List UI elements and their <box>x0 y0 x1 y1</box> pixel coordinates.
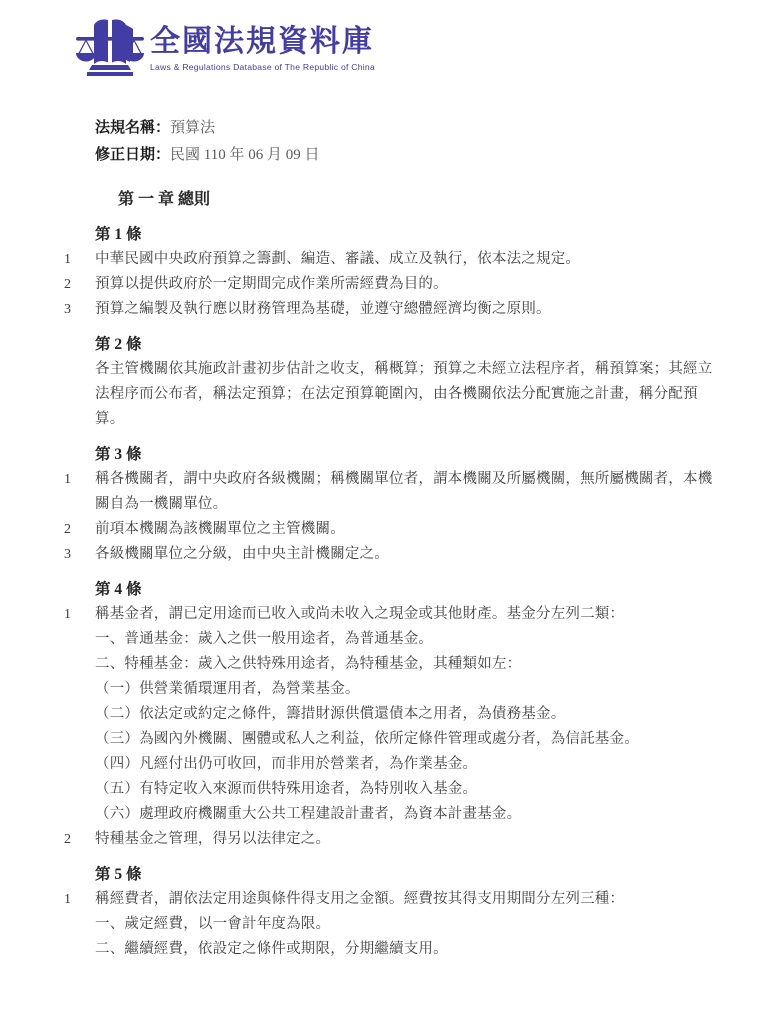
logo-text: 全國法規資料庫 Laws & Regulations Database of T… <box>150 17 375 72</box>
item-number: 3 <box>64 542 71 567</box>
article-item: 2預算以提供政府於一定期間完成作業所需經費為目的。 <box>95 272 715 297</box>
chapter-heading: 第 一 章 總則 <box>95 187 715 212</box>
article-heading: 第 2 條 <box>95 332 715 357</box>
text-line: 中華民國中央政府預算之籌劃、編造、審議、成立及執行，依本法之規定。 <box>95 247 715 272</box>
item-text: 預算以提供政府於一定期間完成作業所需經費為目的。 <box>95 272 715 297</box>
item-text: 特種基金之管理，得另以法律定之。 <box>95 827 715 852</box>
article-item: 3預算之編製及執行應以財務管理為基礎，並遵守總體經濟均衡之原則。 <box>95 297 715 322</box>
item-text: 中華民國中央政府預算之籌劃、編造、審議、成立及執行，依本法之規定。 <box>95 247 715 272</box>
law-name-value: 預算法 <box>170 120 215 136</box>
text-line: 二、繼續經費，依設定之條件或期限，分期繼續支用。 <box>95 937 715 962</box>
item-number: 1 <box>64 467 71 492</box>
logo-subtitle: Laws & Regulations Database of The Repub… <box>150 62 375 72</box>
amend-date-label: 修正日期： <box>95 147 170 163</box>
item-number: 2 <box>64 827 71 852</box>
site-header: 全國法規資料庫 Laws & Regulations Database of T… <box>75 17 375 81</box>
text-line: 法程序而公布者，稱法定預算；在法定預算範圍內，由各機關依法分配實施之計畫，稱分配… <box>95 382 715 407</box>
item-number: 3 <box>64 297 71 322</box>
article-item: 3各級機關單位之分級，由中央主計機關定之。 <box>95 542 715 567</box>
item-number: 1 <box>64 887 71 912</box>
text-line: 各主管機關依其施政計畫初步估計之收支，稱概算；預算之未經立法程序者，稱預算案；其… <box>95 357 715 382</box>
text-line: 預算之編製及執行應以財務管理為基礎，並遵守總體經濟均衡之原則。 <box>95 297 715 322</box>
text-line: 一、歲定經費，以一會計年度為限。 <box>95 912 715 937</box>
law-name-label: 法規名稱： <box>95 120 170 136</box>
text-line: （六）處理政府機關重大公共工程建設計畫者，為資本計畫基金。 <box>95 802 715 827</box>
article-heading: 第 4 條 <box>95 577 715 602</box>
item-text: 前項本機關為該機關單位之主管機關。 <box>95 517 715 542</box>
item-number: 2 <box>64 517 71 542</box>
item-number: 1 <box>64 602 71 627</box>
article-item: 1稱各機關者，謂中央政府各級機關；稱機關單位者，謂本機關及所屬機關，無所屬機關者… <box>95 467 715 517</box>
amend-date-value: 民國 110 年 06 月 09 日 <box>170 147 319 163</box>
text-line: 稱經費者，謂依法定用途與條件得支用之金額。經費按其得支用期間分左列三種： <box>95 887 715 912</box>
scales-book-icon <box>75 17 145 81</box>
item-text: 稱各機關者，謂中央政府各級機關；稱機關單位者，謂本機關及所屬機關，無所屬機關者，… <box>95 467 715 517</box>
item-text: 稱經費者，謂依法定用途與條件得支用之金額。經費按其得支用期間分左列三種：一、歲定… <box>95 887 715 962</box>
law-name-row: 法規名稱：預算法 <box>95 115 715 142</box>
text-line: 關自為一機關單位。 <box>95 492 715 517</box>
item-number: 2 <box>64 272 71 297</box>
article-heading: 第 5 條 <box>95 862 715 887</box>
law-content: 第 1 條1中華民國中央政府預算之籌劃、編造、審議、成立及執行，依本法之規定。2… <box>95 222 715 962</box>
item-text: 各級機關單位之分級，由中央主計機關定之。 <box>95 542 715 567</box>
article-heading: 第 1 條 <box>95 222 715 247</box>
logo: 全國法規資料庫 Laws & Regulations Database of T… <box>75 17 375 81</box>
text-line: 算。 <box>95 407 715 432</box>
text-line: 預算以提供政府於一定期間完成作業所需經費為目的。 <box>95 272 715 297</box>
text-line: （四）凡經付出仍可收回，而非用於營業者，為作業基金。 <box>95 752 715 777</box>
text-line: 前項本機關為該機關單位之主管機關。 <box>95 517 715 542</box>
item-text: 稱基金者，謂已定用途而已收入或尚未收入之現金或其他財產。基金分左列二類：一、普通… <box>95 602 715 827</box>
text-line: 二、特種基金：歲入之供特殊用途者，為特種基金，其種類如左： <box>95 652 715 677</box>
text-line: （一）供營業循環運用者，為營業基金。 <box>95 677 715 702</box>
text-line: （三）為國內外機關、團體或私人之利益，依所定條件管理或處分者，為信託基金。 <box>95 727 715 752</box>
text-line: 一、普通基金：歲入之供一般用途者，為普通基金。 <box>95 627 715 652</box>
article-item: 2前項本機關為該機關單位之主管機關。 <box>95 517 715 542</box>
text-line: 特種基金之管理，得另以法律定之。 <box>95 827 715 852</box>
article-item: 1中華民國中央政府預算之籌劃、編造、審議、成立及執行，依本法之規定。 <box>95 247 715 272</box>
law-document: 法規名稱：預算法 修正日期：民國 110 年 06 月 09 日 第 一 章 總… <box>95 115 715 962</box>
text-line: 各級機關單位之分級，由中央主計機關定之。 <box>95 542 715 567</box>
text-line: 稱各機關者，謂中央政府各級機關；稱機關單位者，謂本機關及所屬機關，無所屬機關者，… <box>95 467 715 492</box>
article-item: 1稱基金者，謂已定用途而已收入或尚未收入之現金或其他財產。基金分左列二類：一、普… <box>95 602 715 827</box>
text-line: 稱基金者，謂已定用途而已收入或尚未收入之現金或其他財產。基金分左列二類： <box>95 602 715 627</box>
article-item: 2特種基金之管理，得另以法律定之。 <box>95 827 715 852</box>
article-heading: 第 3 條 <box>95 442 715 467</box>
text-line: （五）有特定收入來源而供特殊用途者，為特別收入基金。 <box>95 777 715 802</box>
item-number: 1 <box>64 247 71 272</box>
logo-title: 全國法規資料庫 <box>150 26 375 58</box>
article-item: 1稱經費者，謂依法定用途與條件得支用之金額。經費按其得支用期間分左列三種：一、歲… <box>95 887 715 962</box>
article-item: 各主管機關依其施政計畫初步估計之收支，稱概算；預算之未經立法程序者，稱預算案；其… <box>95 357 715 432</box>
item-text: 預算之編製及執行應以財務管理為基礎，並遵守總體經濟均衡之原則。 <box>95 297 715 322</box>
item-text: 各主管機關依其施政計畫初步估計之收支，稱概算；預算之未經立法程序者，稱預算案；其… <box>95 357 715 432</box>
text-line: （二）依法定或約定之條件，籌措財源供償還債本之用者，為債務基金。 <box>95 702 715 727</box>
amend-date-row: 修正日期：民國 110 年 06 月 09 日 <box>95 142 715 169</box>
